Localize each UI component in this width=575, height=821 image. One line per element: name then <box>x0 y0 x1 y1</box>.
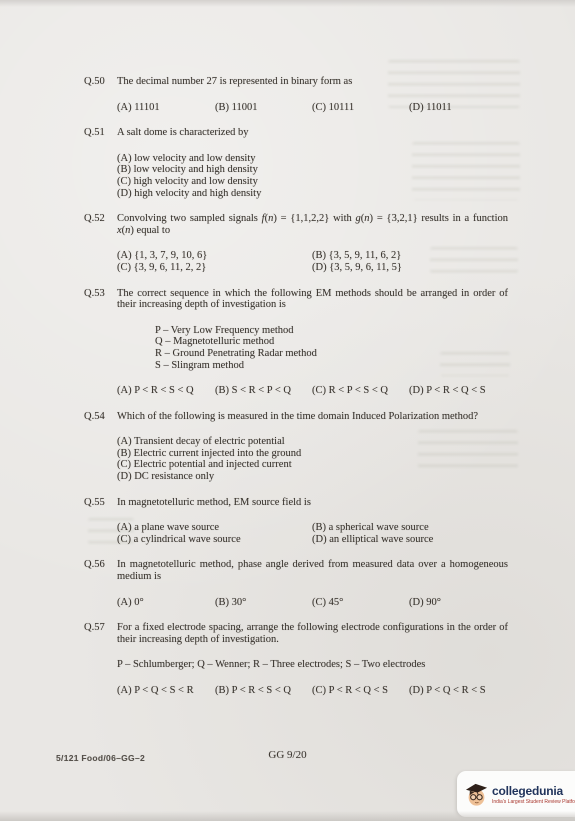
options-row: (A) Transient decay of electric potentia… <box>117 436 508 482</box>
option: (C) 10111 <box>312 102 409 114</box>
question-number: Q.56 <box>84 559 117 622</box>
option: (B) 11001 <box>215 102 312 114</box>
scanned-exam-page: { "document": { "footer_left": "5/121 Fo… <box>0 0 575 821</box>
options-row: (A) low velocity and low density(B) low … <box>117 153 508 199</box>
question-sublist: P – Schlumberger; Q – Wenner; R – Three … <box>117 659 508 671</box>
option: (A) {1, 3, 7, 9, 10, 6} <box>117 250 312 262</box>
option: (C) {3, 9, 6, 11, 2, 2} <box>117 262 312 274</box>
question-block: Q.55In magnetotelluric method, EM source… <box>84 497 508 560</box>
options-row: (A) {1, 3, 7, 9, 10, 6}(B) {3, 5, 9, 11,… <box>117 250 508 273</box>
option: (B) a spherical wave source <box>312 522 508 534</box>
option: (A) Transient decay of electric potentia… <box>117 436 508 448</box>
brand-text: collegedunia <box>492 784 575 798</box>
option: (A) 0° <box>117 597 215 609</box>
question-number: Q.50 <box>84 76 117 127</box>
question-block: Q.52Convolving two sampled signals f(n) … <box>84 213 508 287</box>
option: (D) 11011 <box>409 102 508 114</box>
logo-tagline: India's Largest Student Review Platform <box>492 799 575 805</box>
question-text: Convolving two sampled signals f(n) = {1… <box>117 213 508 236</box>
sublist-item: S – Slingram method <box>155 360 508 372</box>
option: (A) 11101 <box>117 102 215 114</box>
question-number: Q.55 <box>84 497 117 560</box>
option: (C) 45° <box>312 597 409 609</box>
question-text: The correct sequence in which the follow… <box>117 288 508 311</box>
question-text: In magnetotelluric method, phase angle d… <box>117 559 508 582</box>
question-block: Q.56In magnetotelluric method, phase ang… <box>84 559 508 622</box>
question-text: For a fixed electrode spacing, arrange t… <box>117 622 508 645</box>
option: (B) Electric current injected into the g… <box>117 448 508 460</box>
options-row: (A) 11101(B) 11001(C) 10111(D) 11011 <box>117 102 508 114</box>
question-sublist: P – Very Low Frequency methodQ – Magneto… <box>117 325 508 371</box>
question-number: Q.53 <box>84 288 117 411</box>
options-row: (A) P < Q < S < R(B) P < R < S < Q(C) P … <box>117 685 508 697</box>
option: (D) high velocity and high density <box>117 188 508 200</box>
option: (B) low velocity and high density <box>117 164 508 176</box>
option: (A) low velocity and low density <box>117 153 508 165</box>
question-text: The decimal number 27 is represented in … <box>117 76 508 88</box>
question-block: Q.50The decimal number 27 is represented… <box>84 76 508 127</box>
options-row: (A) P < R < S < Q(B) S < R < P < Q(C) R … <box>117 385 508 397</box>
option: (B) P < R < S < Q <box>215 685 312 697</box>
sublist-item: Q – Magnetotelluric method <box>155 336 508 348</box>
option: (D) P < R < Q < S <box>409 385 508 397</box>
option: (D) {3, 5, 9, 6, 11, 5} <box>312 262 508 274</box>
option: (C) Electric potential and injected curr… <box>117 459 508 471</box>
question-block: Q.51A salt dome is characterized by(A) l… <box>84 127 508 213</box>
question-number: Q.52 <box>84 213 117 287</box>
options-row: (A) 0°(B) 30°(C) 45°(D) 90° <box>117 597 508 609</box>
option: (C) R < P < S < Q <box>312 385 409 397</box>
option: (C) P < R < Q < S <box>312 685 409 697</box>
questions-area: Q.50The decimal number 27 is represented… <box>84 76 508 711</box>
option: (D) 90° <box>409 597 508 609</box>
option: (A) a plane wave source <box>117 522 312 534</box>
option: (D) an elliptical wave source <box>312 534 508 546</box>
option: (A) P < R < S < Q <box>117 385 215 397</box>
question-block: Q.57For a fixed electrode spacing, arran… <box>84 622 508 710</box>
question-text: Which of the following is measured in th… <box>117 411 508 423</box>
option: (D) DC resistance only <box>117 471 508 483</box>
question-block: Q.53The correct sequence in which the fo… <box>84 288 508 411</box>
option: (B) {3, 5, 9, 11, 6, 2} <box>312 250 508 262</box>
option: (B) S < R < P < Q <box>215 385 312 397</box>
option: (C) high velocity and low density <box>117 176 508 188</box>
paper-code: 5/121 Food/06–GG–2 <box>56 753 145 763</box>
mascot-icon <box>464 781 489 808</box>
question-number: Q.51 <box>84 127 117 213</box>
options-row: (A) a plane wave source(B) a spherical w… <box>117 522 508 545</box>
sublist-item: P – Schlumberger; Q – Wenner; R – Three … <box>117 659 508 671</box>
question-block: Q.54Which of the following is measured i… <box>84 411 508 497</box>
option: (A) P < Q < S < R <box>117 685 215 697</box>
option: (B) 30° <box>215 597 312 609</box>
option: (C) a cylindrical wave source <box>117 534 312 546</box>
page-number: GG 9/20 <box>268 749 306 761</box>
sublist-item: R – Ground Penetrating Radar method <box>155 348 508 360</box>
scan-top-edge-shadow <box>0 0 575 7</box>
collegedunia-logo: collegedunia India's Largest Student Rev… <box>457 771 575 817</box>
question-number: Q.54 <box>84 411 117 497</box>
sublist-item: P – Very Low Frequency method <box>155 325 508 337</box>
option: (D) P < Q < R < S <box>409 685 508 697</box>
question-number: Q.57 <box>84 622 117 710</box>
question-text: A salt dome is characterized by <box>117 127 508 139</box>
question-text: In magnetotelluric method, EM source fie… <box>117 497 508 509</box>
